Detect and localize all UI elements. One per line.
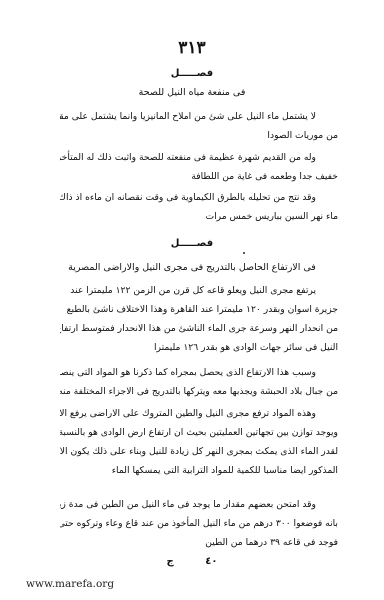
text-line: وقد نتج من تحليله بالطرق الكيماوية فى وق… <box>60 188 338 207</box>
ink-dot <box>243 252 245 254</box>
section1-title: فى منفعة مياه النيل للصحة <box>0 87 384 98</box>
text-line: ماء نهر السين بباريس خمس مرات <box>60 207 338 226</box>
signature-mark: ج <box>167 556 174 567</box>
section1-paragraph-3: وقد نتج من تحليله بالطرق الكيماوية فى وق… <box>60 188 338 226</box>
text-line: يرتفع مجرى النيل ويعلو قاعه كل قرن من ال… <box>60 281 338 300</box>
section1-paragraph-2: وله من القديم شهرة عظيمة فى منفعته للصحة… <box>60 148 338 186</box>
section2-paragraph-3: وهذه المواد ترفع مجرى النيل والطين المتر… <box>60 404 338 480</box>
page-number: ٣١٣ <box>0 38 384 58</box>
text-line: لقدر الماء الذى يمكث بمجرى النهر كل زياد… <box>60 442 338 461</box>
signature-mark: ٤٠ <box>205 556 217 567</box>
text-line: لا يشتمل ماء النيل على شئ من املاح المان… <box>60 107 338 126</box>
text-line: من انحدار النهر وسرعة جرى الماء الناشئ م… <box>60 319 338 338</box>
text-line: بانه فوضعوا ٣٠٠ درهم من ماء النيل المأخو… <box>60 514 338 533</box>
section1-paragraph-1: لا يشتمل ماء النيل على شئ من املاح المان… <box>60 107 338 145</box>
section1-heading: فصـــــل <box>0 68 384 79</box>
text-line: جزيرة اسوان وبقدر ١٢٠ مليمترا عند القاهر… <box>60 300 338 319</box>
text-line: ويوجد توازن بين تجهاتين العمليتين بحيث ا… <box>60 423 338 442</box>
watermark: www.marefa.org <box>26 578 114 590</box>
text-line: النيل فى سائر جهات الوادى هو بقدر ١٢٦ مل… <box>60 338 338 357</box>
section2-title: فى الارتفاع الحاصل بالتدريج فى مجرى الني… <box>0 262 384 273</box>
book-page: ٣١٣ فصـــــل فى منفعة مياه النيل للصحة ل… <box>0 0 384 600</box>
text-line: فوجد فى قاعه ٣٩ درهما من الطين <box>60 533 338 552</box>
text-line: وله من القديم شهرة عظيمة فى منفعته للصحة… <box>60 148 338 167</box>
text-line: من موريات الصودا <box>60 126 338 145</box>
text-line: وقد امتحن بعضهم مقدار ما يوجد فى ماء الن… <box>60 495 338 514</box>
signature-marks: ٤٠ ج <box>0 556 384 567</box>
section2-paragraph-4: وقد امتحن بعضهم مقدار ما يوجد فى ماء الن… <box>60 495 338 552</box>
section2-heading: فصـــــل <box>0 238 384 249</box>
section2-paragraph-1: يرتفع مجرى النيل ويعلو قاعه كل قرن من ال… <box>60 281 338 357</box>
text-line: من جبال بلاد الحبشة ويجذبها معه ويتركها … <box>60 382 338 401</box>
text-line: وسبب هذا الارتفاع الذى يحصل بمجراه كما ذ… <box>60 363 338 382</box>
text-line: خفيف جدا وطعمه فى غاية من اللطافة <box>60 167 338 186</box>
text-line: المذكور ايضا مناسبا للكمية للمواد التراب… <box>60 461 338 480</box>
text-line: وهذه المواد ترفع مجرى النيل والطين المتر… <box>60 404 338 423</box>
section2-paragraph-2: وسبب هذا الارتفاع الذى يحصل بمجراه كما ذ… <box>60 363 338 401</box>
